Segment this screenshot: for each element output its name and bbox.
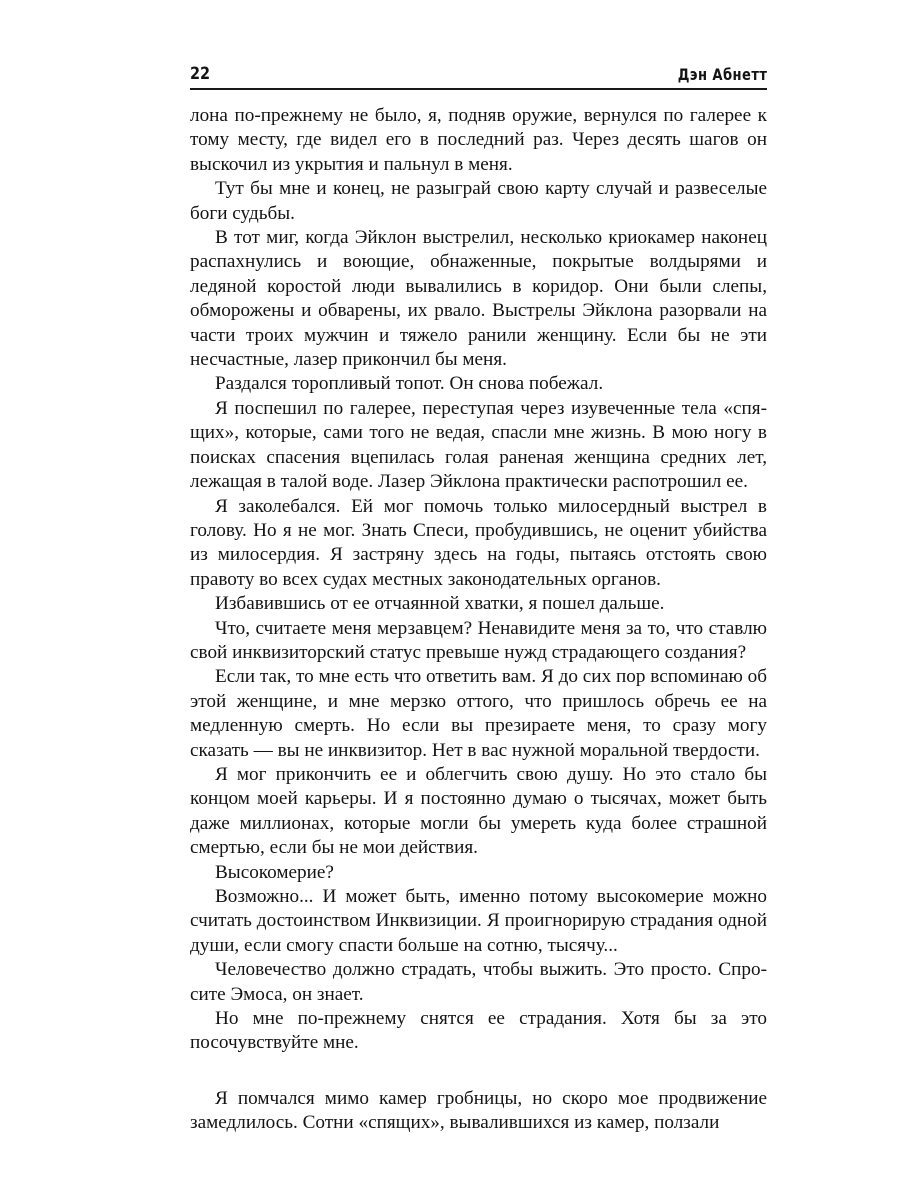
page-number: 22 — [190, 64, 210, 84]
running-header: 22 Дэн Абнетт — [190, 58, 767, 90]
paragraph: Человечество должно страдать, чтобы выжи… — [190, 958, 767, 1007]
paragraph-new-section: Я помчался мимо камер гробницы, но скоро… — [190, 1087, 767, 1136]
paragraph: Раздался торопливый топот. Он снова побе… — [190, 372, 767, 396]
paragraph: Возможно... И может быть, именно потому … — [190, 885, 767, 958]
paragraph: Но мне по-прежнему снятся ее страдания. … — [190, 1007, 767, 1056]
paragraph: Что, считаете меня мерзавцем? Ненавидите… — [190, 617, 767, 666]
paragraph: Я заколебался. Ей мог помочь только мило… — [190, 495, 767, 593]
paragraph: Если так, то мне есть что ответить вам. … — [190, 665, 767, 763]
running-header-author: Дэн Абнетт — [677, 65, 767, 84]
paragraph-continuation: лона по-прежнему не было, я, подняв оруж… — [190, 104, 767, 177]
paragraph: Высокомерие? — [190, 861, 767, 885]
paragraph: В тот миг, когда Эйклон выстрелил, неско… — [190, 226, 767, 372]
book-page: 22 Дэн Абнетт лона по-прежнему не было, … — [190, 58, 767, 1136]
paragraph: Я поспешил по галерее, переступая через … — [190, 397, 767, 495]
body-text: лона по-прежнему не было, я, подняв оруж… — [190, 104, 767, 1136]
paragraph: Тут бы мне и конец, не разыграй свою кар… — [190, 177, 767, 226]
paragraph: Я мог прикончить ее и облегчить свою душ… — [190, 763, 767, 861]
paragraph: Избавившись от ее отчаянной хватки, я по… — [190, 592, 767, 616]
